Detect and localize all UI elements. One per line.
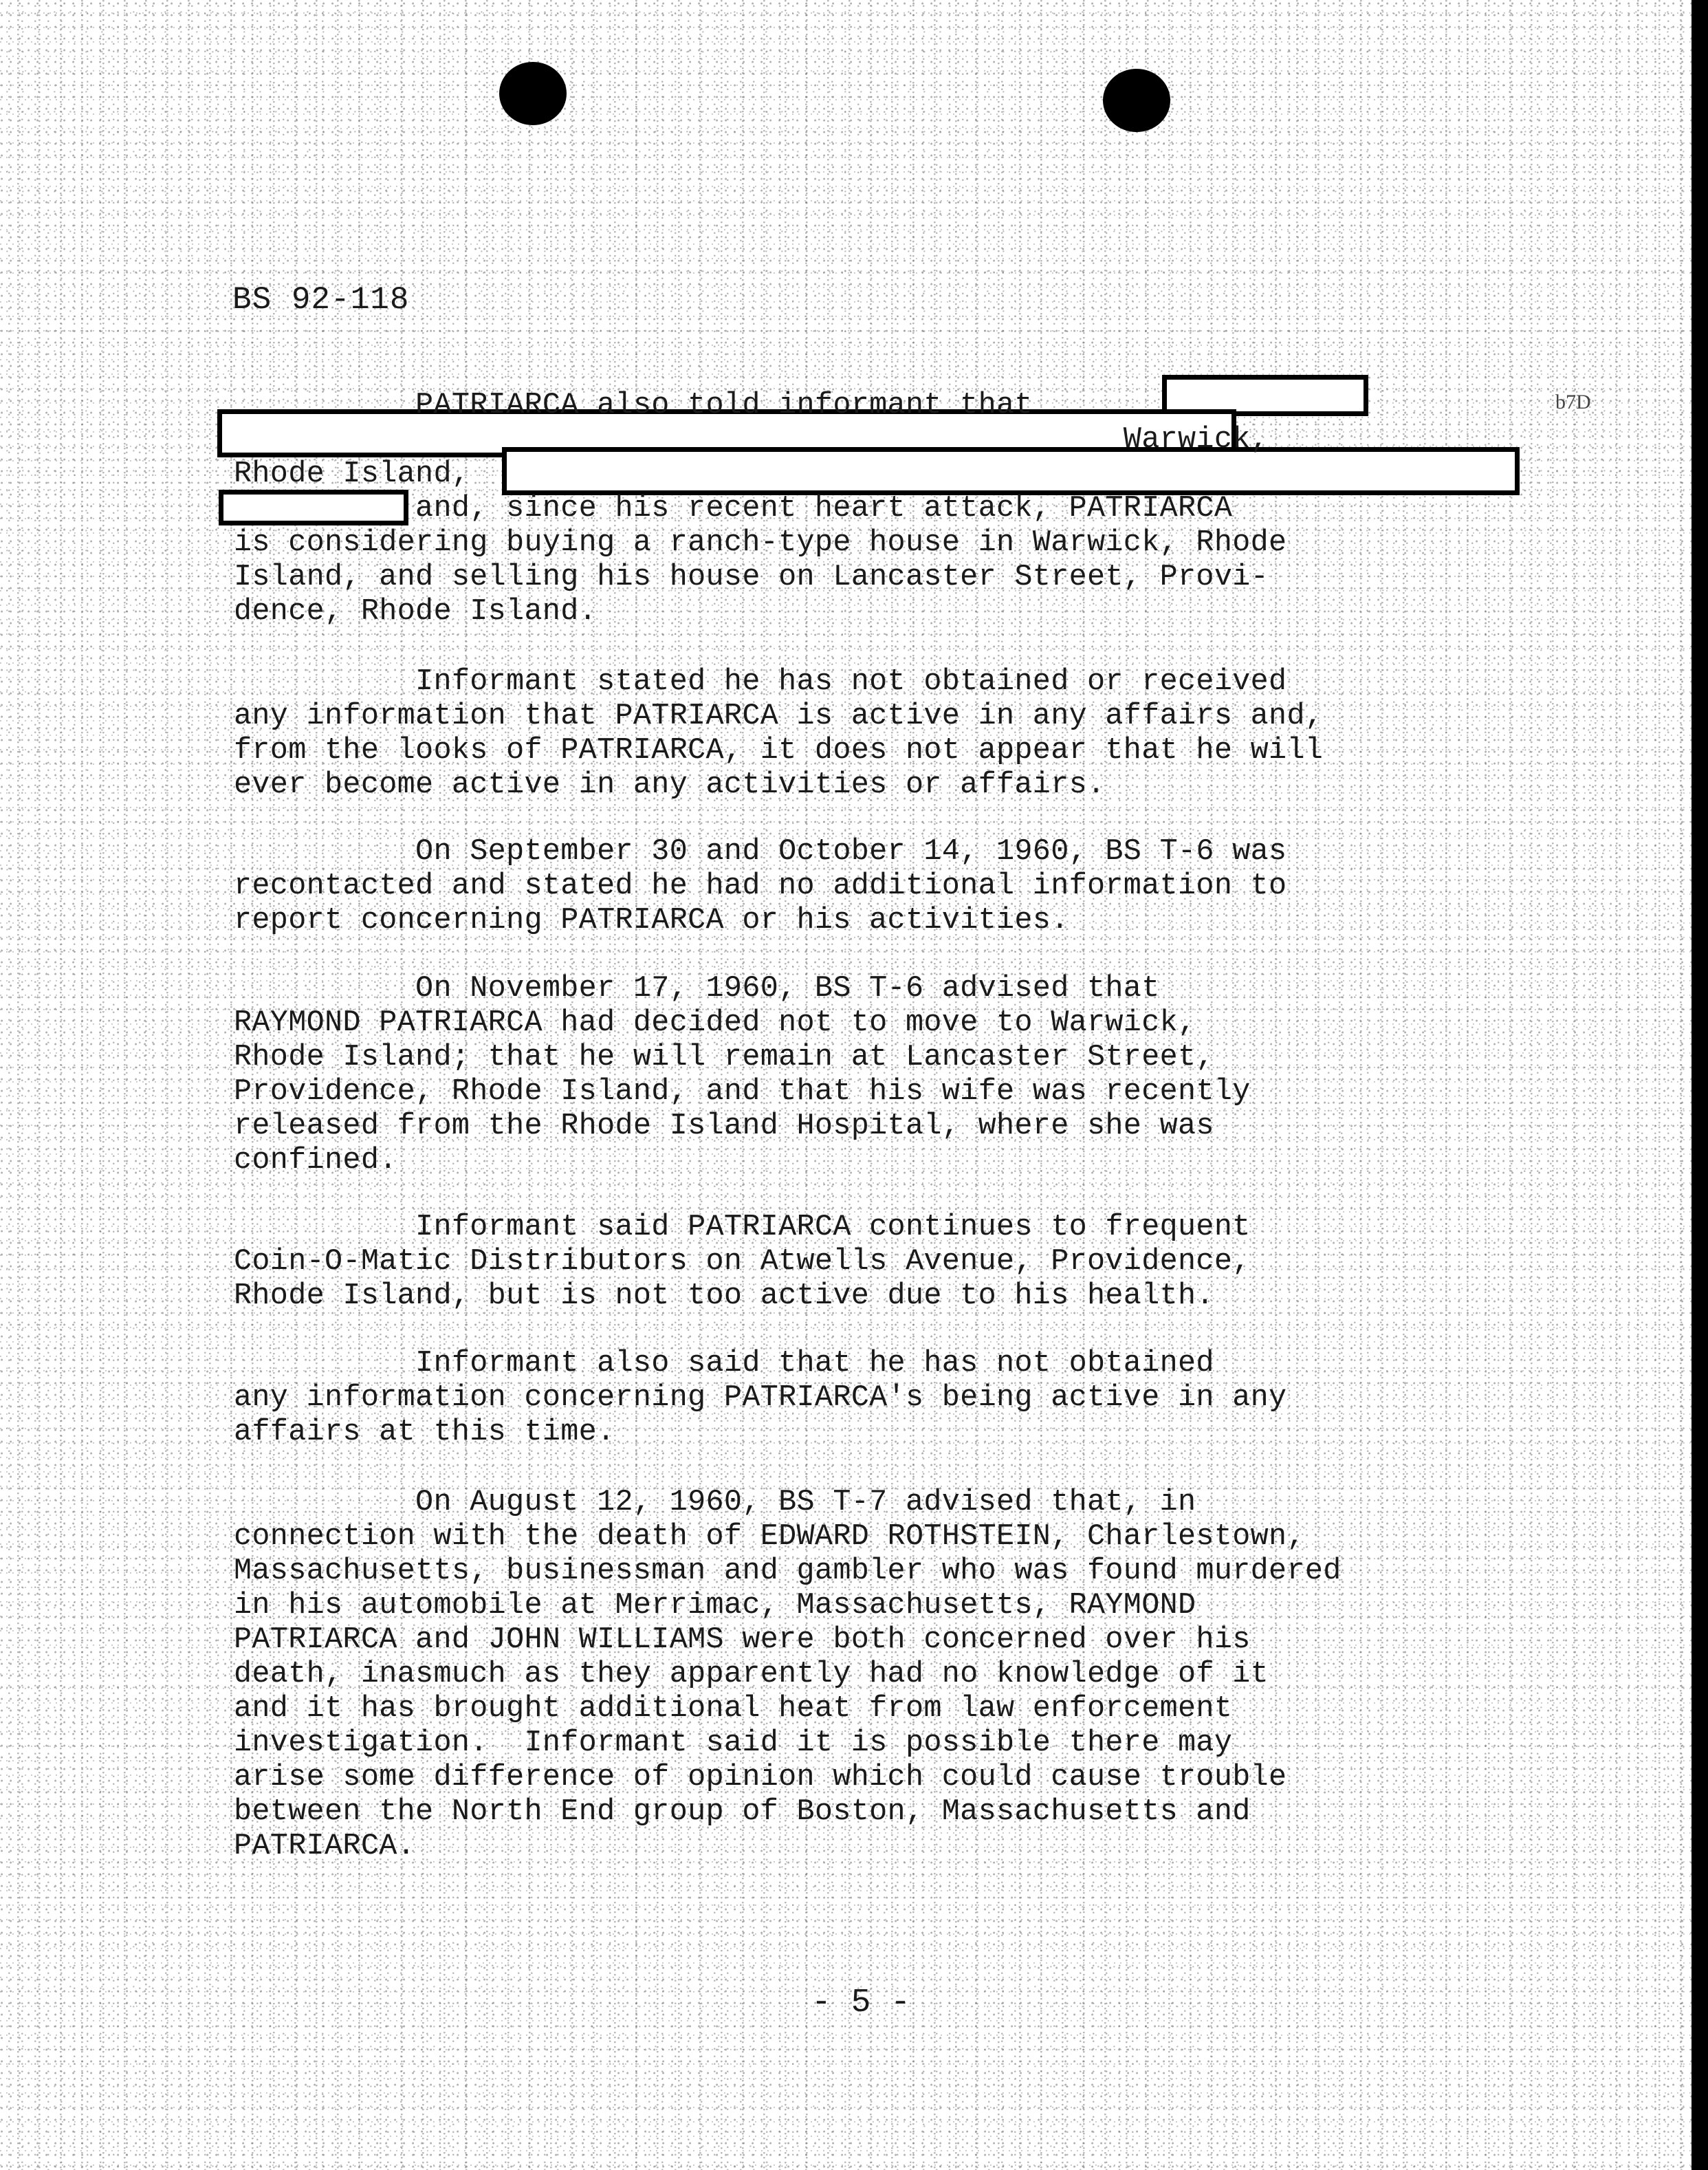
exemption-code: b7D [1555, 391, 1591, 414]
text-line: released from the Rhode Island Hospital,… [234, 1109, 1526, 1144]
paragraph-4: On November 17, 1960, BS T-6 advised tha… [234, 972, 1526, 1178]
text-line: Coin-O-Matic Distributors on Atwells Ave… [234, 1245, 1526, 1279]
text-line: dence, Rhode Island. [234, 595, 1526, 629]
paragraph-2: Informant stated he has not obtained or … [234, 665, 1526, 803]
paragraph-7: On August 12, 1960, BS T-7 advised that,… [234, 1486, 1526, 1864]
text-line: from the looks of PATRIARCA, it does not… [234, 734, 1526, 768]
paragraph-5: Informant said PATRIARCA continues to fr… [234, 1211, 1526, 1314]
text-line: PATRIARCA also told informant that [234, 389, 1526, 423]
text-line: Massachusetts, businessman and gambler w… [234, 1554, 1526, 1589]
text-line: PATRIARCA. [234, 1830, 1526, 1864]
paragraph-1: PATRIARCA also told informant that Warwi… [234, 389, 1526, 629]
text-line: Island, and selling his house on Lancast… [234, 561, 1526, 595]
text-line: connection with the death of EDWARD ROTH… [234, 1520, 1526, 1554]
text-line: any information concerning PATRIARCA's b… [234, 1381, 1526, 1415]
text-line: between the North End group of Boston, M… [234, 1795, 1526, 1830]
file-number: BS 92-118 [232, 282, 409, 318]
text-line: report concerning PATRIARCA or his activ… [234, 904, 1526, 938]
text-line: investigation. Informant said it is poss… [234, 1726, 1526, 1761]
text-line: recontacted and stated he had no additio… [234, 869, 1526, 904]
text-line: Informant also said that he has not obta… [234, 1347, 1526, 1381]
text-line: confined. [234, 1144, 1526, 1178]
text-line: PATRIARCA and JOHN WILLIAMS were both co… [234, 1623, 1526, 1658]
punch-hole-left [499, 62, 567, 125]
text-line: On November 17, 1960, BS T-6 advised tha… [234, 972, 1526, 1006]
text-line: RAYMOND PATRIARCA had decided not to mov… [234, 1006, 1526, 1041]
text-line: Warwick, [234, 423, 1526, 457]
text-line: any information that PATRIARCA is active… [234, 699, 1526, 734]
text-line: Rhode Island, but is not too active due … [234, 1279, 1526, 1314]
text-line: and, since his recent heart attack, PATR… [234, 492, 1526, 526]
text-line: arise some difference of opinion which c… [234, 1761, 1526, 1795]
text-line: On September 30 and October 14, 1960, BS… [234, 835, 1526, 869]
text-line: Rhode Island, [234, 457, 1526, 492]
scan-edge [1691, 0, 1708, 2170]
punch-hole-right [1103, 69, 1170, 132]
text-line: in his automobile at Merrimac, Massachus… [234, 1589, 1526, 1623]
paragraph-6: Informant also said that he has not obta… [234, 1347, 1526, 1450]
page-number: - 5 - [811, 1984, 910, 2021]
text-line: Rhode Island; that he will remain at Lan… [234, 1041, 1526, 1075]
text-line: Informant stated he has not obtained or … [234, 665, 1526, 699]
text-line: affairs at this time. [234, 1415, 1526, 1450]
paragraph-3: On September 30 and October 14, 1960, BS… [234, 835, 1526, 938]
text-line: Providence, Rhode Island, and that his w… [234, 1075, 1526, 1109]
text-line: On August 12, 1960, BS T-7 advised that,… [234, 1486, 1526, 1520]
text-line: and it has brought additional heat from … [234, 1692, 1526, 1726]
text-line: is considering buying a ranch-type house… [234, 526, 1526, 561]
text-line: death, inasmuch as they apparently had n… [234, 1658, 1526, 1692]
text-line: ever become active in any activities or … [234, 768, 1526, 803]
text-line: Informant said PATRIARCA continues to fr… [234, 1211, 1526, 1245]
